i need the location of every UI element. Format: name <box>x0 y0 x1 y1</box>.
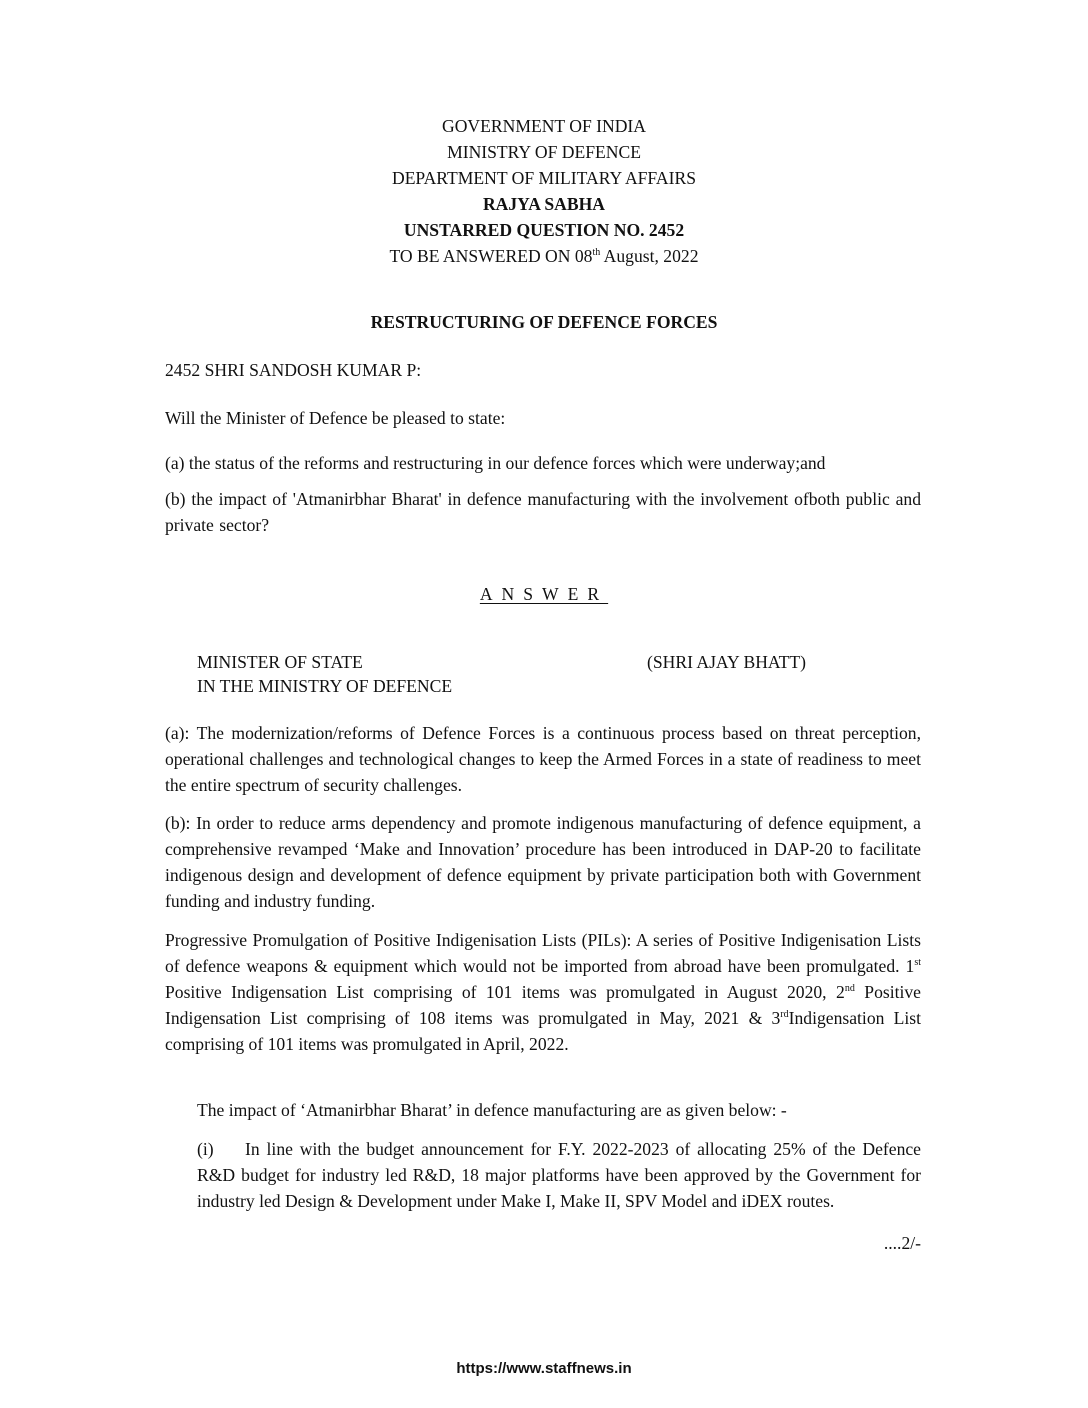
document-page: GOVERNMENT OF INDIA MINISTRY OF DEFENCE … <box>0 0 1088 1408</box>
header-question-number: UNSTARRED QUESTION NO. 2452 <box>0 217 1088 243</box>
subject-title: RESTRUCTURING OF DEFENCE FORCES <box>0 309 1088 335</box>
impact-intro: The impact of ‘Atmanirbhar Bharat’ in de… <box>197 1097 921 1123</box>
answer-heading: ANSWER <box>0 584 1088 605</box>
questioner: 2452 SHRI SANDOSH KUMAR P: <box>165 357 921 383</box>
answer-a: (a): The modernization/reforms of Defenc… <box>165 720 921 798</box>
impact-item-text: In line with the budget announcement for… <box>197 1139 921 1211</box>
question-intro: Will the Minister of Defence be pleased … <box>165 405 921 431</box>
question-a: (a) the status of the reforms and restru… <box>165 450 921 476</box>
impact-item-marker: (i) <box>197 1136 245 1162</box>
answer-b: (b): In order to reduce arms dependency … <box>165 810 921 914</box>
header-ministry: MINISTRY OF DEFENCE <box>0 139 1088 165</box>
header-house: RAJYA SABHA <box>0 191 1088 217</box>
header-department: DEPARTMENT OF MILITARY AFFAIRS <box>0 165 1088 191</box>
document-header: GOVERNMENT OF INDIA MINISTRY OF DEFENCE … <box>0 113 1088 269</box>
minister-designation: MINISTER OF STATE IN THE MINISTRY OF DEF… <box>197 650 452 698</box>
page-continuation: ....2/- <box>884 1233 921 1254</box>
header-answer-date: TO BE ANSWERED ON 08th August, 2022 <box>0 243 1088 269</box>
footer-url: https://www.staffnews.in <box>0 1360 1088 1377</box>
question-b: (b) the impact of 'Atmanirbhar Bharat' i… <box>165 486 921 538</box>
minister-name: (SHRI AJAY BHATT) <box>647 650 806 674</box>
impact-item: (i)In line with the budget announcement … <box>197 1136 921 1214</box>
pil-paragraph: Progressive Promulgation of Positive Ind… <box>165 927 921 1057</box>
header-government: GOVERNMENT OF INDIA <box>0 113 1088 139</box>
